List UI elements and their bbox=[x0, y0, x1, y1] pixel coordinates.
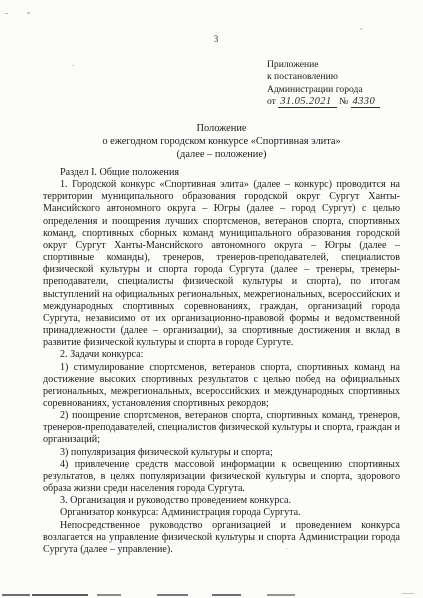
section-heading: Раздел I. Общие положения bbox=[43, 167, 400, 179]
scan-speck bbox=[360, 28, 363, 30]
document-title: Положение о ежегодном городском конкурсе… bbox=[43, 123, 400, 161]
scan-edge-line-segment bbox=[97, 594, 121, 596]
scan-speck bbox=[72, 65, 74, 66]
paragraph-1: 1. Городской конкурс «Спортивная элита» … bbox=[43, 179, 400, 349]
title-line-3: (далее – положение) bbox=[43, 149, 400, 162]
paragraph-9: Непосредственное руководство организацие… bbox=[43, 520, 400, 556]
number-sign: № bbox=[339, 96, 348, 107]
scan-speck bbox=[27, 12, 30, 14]
appendix-line-3: Администрации города bbox=[267, 84, 380, 96]
handwritten-number: 4330 bbox=[353, 96, 376, 107]
handwritten-date-underline: 31.05.2021 bbox=[278, 96, 336, 108]
title-line-2: о ежегодном городском конкурсе «Спортивн… bbox=[43, 136, 400, 149]
scan-edge-line-segment bbox=[212, 594, 241, 596]
scan-speck bbox=[286, 548, 288, 549]
handwritten-number-underline: 4330 bbox=[351, 96, 381, 108]
paragraph-5: 3) популяризация физической культуры и с… bbox=[43, 447, 400, 459]
appendix-block: Приложение к постановлению Администрации… bbox=[267, 59, 380, 109]
appendix-line-2: к постановлению bbox=[267, 71, 380, 83]
appendix-reference-line: от 31.05.2021 № 4330 bbox=[267, 96, 380, 108]
scan-edge-line-segment bbox=[157, 594, 188, 596]
appendix-line-1: Приложение bbox=[267, 59, 380, 71]
title-line-1: Положение bbox=[43, 123, 400, 136]
date-prefix: от bbox=[267, 96, 276, 107]
page-number: 3 bbox=[0, 34, 423, 44]
document-body: Раздел I. Общие положения 1. Городской к… bbox=[43, 167, 400, 556]
paragraph-7: 3. Организация и руководство проведением… bbox=[43, 495, 400, 507]
scan-edge-line-segment bbox=[267, 594, 295, 596]
scan-edge-line-segment bbox=[2, 594, 30, 596]
scan-edge-line-segment bbox=[402, 593, 414, 594]
scan-edge-line-segment bbox=[32, 594, 88, 596]
document-page: 3 Приложение к постановлению Администрац… bbox=[0, 0, 423, 598]
paragraph-8: Организатор конкурса: Администрация горо… bbox=[43, 507, 400, 519]
handwritten-date: 31.05.2021 bbox=[280, 96, 331, 107]
scan-speck bbox=[5, 13, 8, 14]
paragraph-2: 2. Задачи конкурса: bbox=[43, 349, 400, 361]
paragraph-4: 2) поощрение спортсменов, ветеранов спор… bbox=[43, 410, 400, 446]
paragraph-6: 4) привлечение средств массовой информац… bbox=[43, 459, 400, 495]
paragraph-3: 1) стимулирование спортсменов, ветеранов… bbox=[43, 362, 400, 411]
